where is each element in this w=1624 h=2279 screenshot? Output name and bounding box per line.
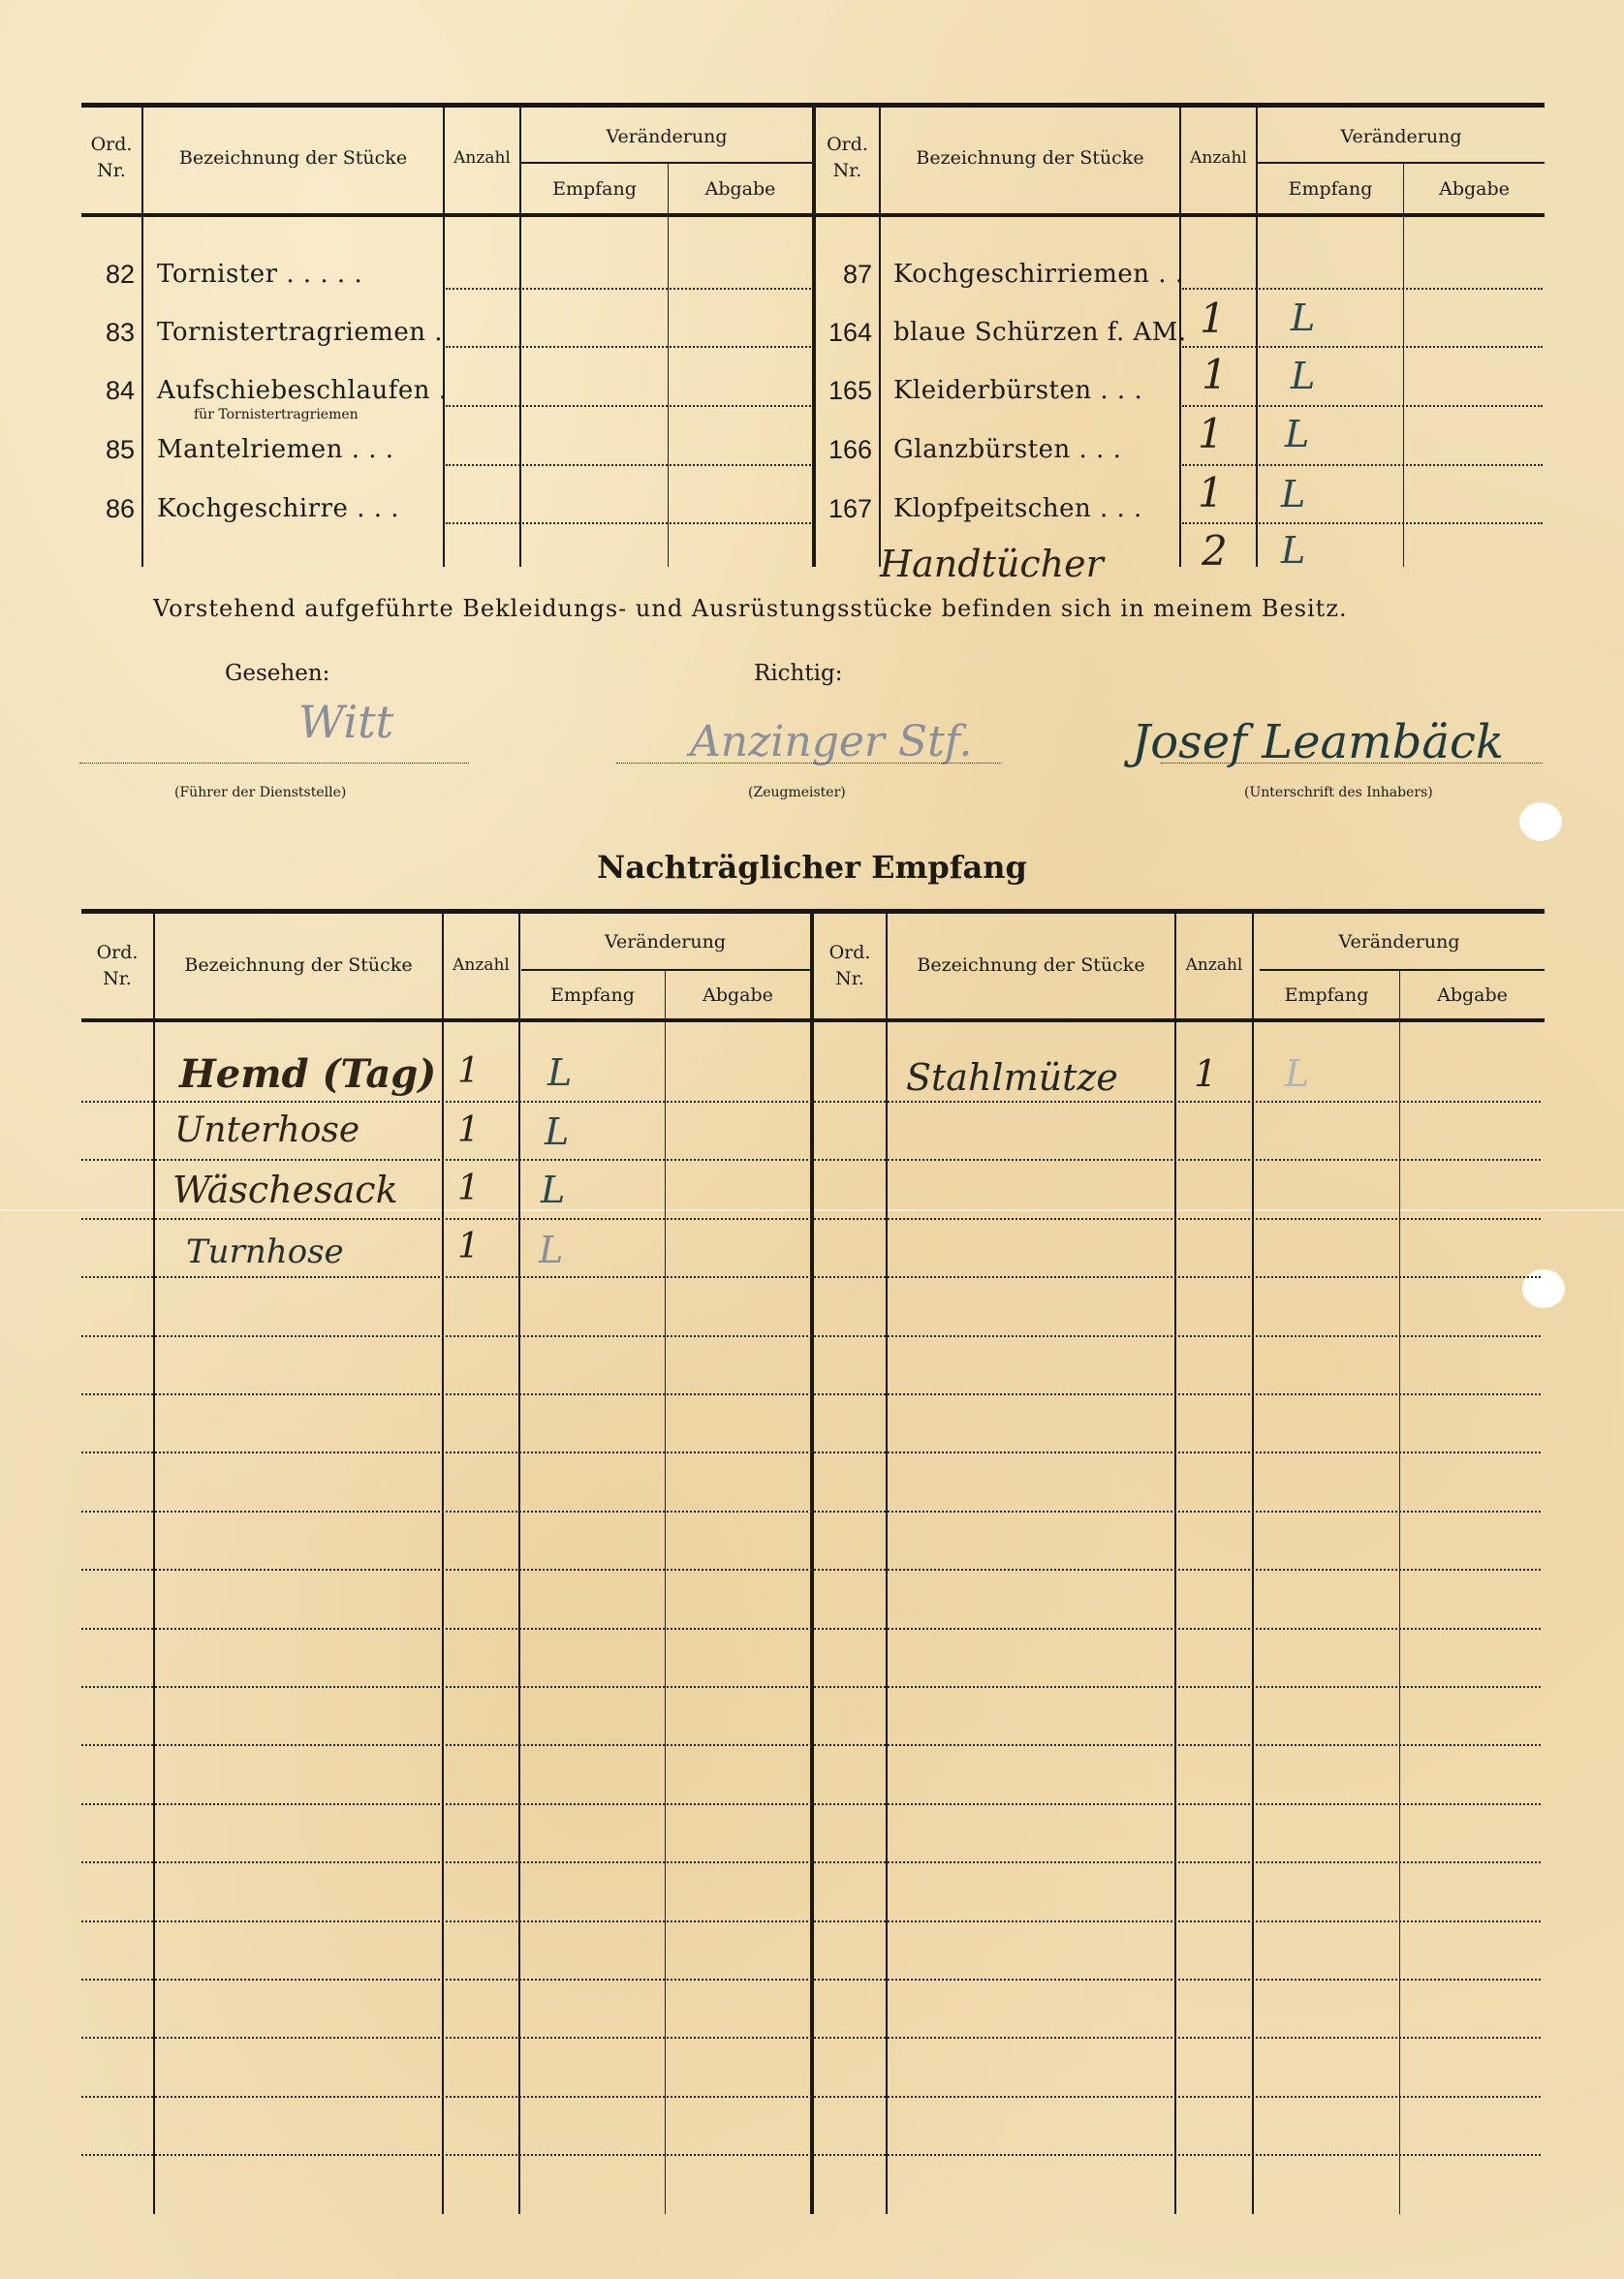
ord-label: Ord.: [81, 940, 153, 966]
item-name: Kochgeschirriemen . .: [893, 260, 1184, 289]
fuehrer-signature: Witt: [298, 696, 393, 748]
row-rule: [446, 405, 811, 407]
anzahl-value: 1: [1200, 295, 1226, 342]
anzahl-header: Anzahl: [444, 952, 518, 979]
item-name: Tornister . . . . .: [157, 260, 362, 289]
empfang-mark: L: [545, 1110, 569, 1153]
col-line: [1174, 914, 1176, 2214]
col-line: [443, 108, 445, 567]
ord-nr: 166: [816, 435, 872, 465]
empfang-header: Empfang: [520, 983, 665, 1009]
item-name: Klopfpeitschen . . .: [893, 494, 1142, 523]
abgabe-header: Abgabe: [1400, 983, 1545, 1009]
inhaber-signature: Josef Leambäck: [1132, 715, 1504, 769]
zeugmeister-signature: Anzinger Stf.: [690, 717, 972, 766]
row-rule: [81, 2096, 1541, 2098]
row-rule: [1182, 405, 1543, 407]
item-name: Stahlmütze: [906, 1056, 1118, 1099]
veraenderung-divider-right: [1257, 162, 1545, 164]
item-name: Unterhose: [174, 1110, 359, 1150]
row-rule: [1182, 288, 1543, 290]
empfang-mark: L: [1291, 297, 1315, 339]
signature-line-zeugmeister: [616, 763, 1002, 764]
col-line: [141, 108, 143, 567]
veraenderung-header: Veränderung: [521, 124, 812, 150]
center-line: [810, 914, 814, 2214]
item-name: Handtücher: [880, 543, 1104, 585]
row-rule: [446, 288, 811, 290]
section-title: Nachträglicher Empfang: [0, 849, 1624, 886]
ord-label: Ord.: [814, 940, 886, 966]
abgabe-header: Abgabe: [666, 983, 810, 1009]
anzahl-header: Anzahl: [445, 145, 519, 172]
row-rule: [81, 2037, 1541, 2039]
anzahl-header: Anzahl: [1176, 952, 1252, 979]
ord-nr: 84: [81, 376, 135, 406]
row-rule: [81, 1686, 1541, 1688]
row-rule: [81, 1511, 1541, 1513]
ord-nr-header: Ord. Nr.: [81, 132, 141, 184]
anzahl-value: 1: [457, 1227, 480, 1266]
row-rule: [81, 1628, 1541, 1630]
veraenderung-divider-left: [521, 969, 812, 971]
veraenderung-header: Veränderung: [1258, 124, 1545, 150]
nr-label: Nr.: [81, 158, 141, 184]
empfang-header: Empfang: [1258, 176, 1403, 203]
row-rule: [81, 1744, 1541, 1746]
bezeichnung-header: Bezeichnung der Stücke: [143, 145, 443, 172]
col-line: [153, 914, 155, 2214]
gesehen-label: Gesehen:: [225, 661, 329, 686]
ord-nr: 86: [81, 494, 135, 524]
empfang-mark: L: [1285, 413, 1309, 455]
item-name: blaue Schürzen f. AM.: [893, 318, 1187, 347]
item-name: Aufschiebeschlaufen .: [157, 376, 448, 405]
veraenderung-header: Veränderung: [520, 929, 810, 955]
row-rule: [1182, 522, 1543, 524]
row-rule: [446, 346, 811, 348]
row-rule: [81, 1276, 1541, 1278]
row-rule: [446, 464, 811, 466]
anzahl-value: 1: [457, 1051, 480, 1091]
punch-hole: [1522, 1269, 1565, 1308]
empfang-mark: L: [547, 1051, 572, 1094]
col-line: [879, 108, 881, 567]
row-rule: [81, 1218, 1541, 1220]
empfang-header: Empfang: [521, 176, 668, 203]
veraenderung-divider-right: [1260, 969, 1545, 971]
ord-nr: 87: [816, 260, 872, 290]
row-rule: [81, 1393, 1541, 1395]
col-line: [1399, 970, 1400, 2214]
ord-label: Ord.: [81, 132, 141, 158]
ord-nr-header: Ord. Nr.: [814, 940, 886, 992]
ord-nr: 83: [81, 318, 135, 348]
richtig-label: Richtig:: [754, 661, 842, 686]
abgabe-header: Abgabe: [669, 176, 812, 203]
row-rule: [81, 1920, 1541, 1922]
item-name: Wäschesack: [172, 1169, 398, 1211]
empfang-mark: L: [1281, 529, 1305, 572]
anzahl-value: 1: [1198, 469, 1224, 516]
ord-nr-header: Ord. Nr.: [816, 132, 879, 184]
anzahl-header: Anzahl: [1181, 145, 1256, 172]
anzahl-value: 1: [1194, 1052, 1217, 1095]
row-rule: [81, 1803, 1541, 1805]
row-rule: [81, 1335, 1541, 1337]
col-line: [518, 914, 520, 2214]
anzahl-value: 1: [1202, 351, 1228, 398]
abgabe-header: Abgabe: [1404, 176, 1545, 203]
anzahl-value: 1: [1198, 410, 1224, 457]
col-line: [665, 970, 666, 2214]
item-name: Kleiderbürsten . . .: [893, 376, 1142, 405]
row-rule: [81, 1861, 1541, 1863]
inhaber-caption: (Unterschrift des Inhabers): [1244, 785, 1433, 800]
col-line: [442, 914, 444, 2214]
veraenderung-header: Veränderung: [1254, 929, 1545, 955]
nr-label: Nr.: [814, 966, 886, 992]
empfang-mark: L: [539, 1229, 563, 1271]
col-line: [886, 914, 888, 2214]
row-rule: [1182, 464, 1543, 466]
item-name: Mantelriemen . . .: [157, 435, 394, 464]
ord-nr: 85: [81, 435, 135, 465]
nr-label: Nr.: [816, 158, 879, 184]
punch-hole: [1519, 802, 1562, 841]
bezeichnung-header: Bezeichnung der Stücke: [155, 952, 442, 979]
anzahl-value: 2: [1202, 527, 1228, 575]
declaration-text: Vorstehend aufgeführte Bekleidungs- und …: [153, 595, 1348, 622]
item-name: Kochgeschirre . . .: [157, 494, 399, 523]
item-subtitle: für Tornistertragriemen: [194, 407, 359, 422]
item-name: Tornistertragriemen .: [157, 318, 443, 347]
item-name: Glanzbürsten . . .: [893, 435, 1121, 464]
bezeichnung-header: Bezeichnung der Stücke: [888, 952, 1174, 979]
anzahl-value: 1: [457, 1110, 480, 1150]
empfang-mark: L: [1281, 473, 1305, 515]
fuehrer-caption: (Führer der Dienststelle): [174, 785, 346, 800]
empfang-header: Empfang: [1254, 983, 1399, 1009]
nr-label: Nr.: [81, 966, 153, 992]
signature-line-inhaber: [1161, 763, 1543, 764]
ord-nr: 82: [81, 260, 135, 290]
ord-nr: 167: [816, 494, 872, 524]
ord-nr: 165: [816, 376, 872, 406]
empfang-mark: L: [1285, 1052, 1309, 1095]
col-line: [1403, 163, 1404, 567]
row-rule: [81, 2154, 1541, 2156]
row-rule: [81, 1452, 1541, 1453]
row-rule: [81, 1101, 1541, 1103]
row-rule: [446, 522, 811, 524]
row-rule: [81, 1979, 1541, 1981]
item-name: Hemd (Tag): [179, 1051, 436, 1097]
signature-line-fuehrer: [79, 763, 469, 764]
item-name: Turnhose: [186, 1233, 344, 1271]
empfang-mark: L: [1291, 355, 1315, 397]
col-line: [1252, 914, 1254, 2214]
row-rule: [81, 1159, 1541, 1161]
row-rule: [81, 1569, 1541, 1571]
row-rule: [1182, 346, 1543, 348]
empfang-mark: L: [541, 1169, 565, 1211]
col-line: [668, 163, 669, 567]
anzahl-value: 1: [457, 1169, 480, 1208]
zeugmeister-caption: (Zeugmeister): [748, 785, 846, 800]
ord-nr-header: Ord. Nr.: [81, 940, 153, 992]
bezeichnung-header: Bezeichnung der Stücke: [881, 145, 1179, 172]
ord-nr: 164: [816, 318, 872, 348]
ord-label: Ord.: [816, 132, 879, 158]
